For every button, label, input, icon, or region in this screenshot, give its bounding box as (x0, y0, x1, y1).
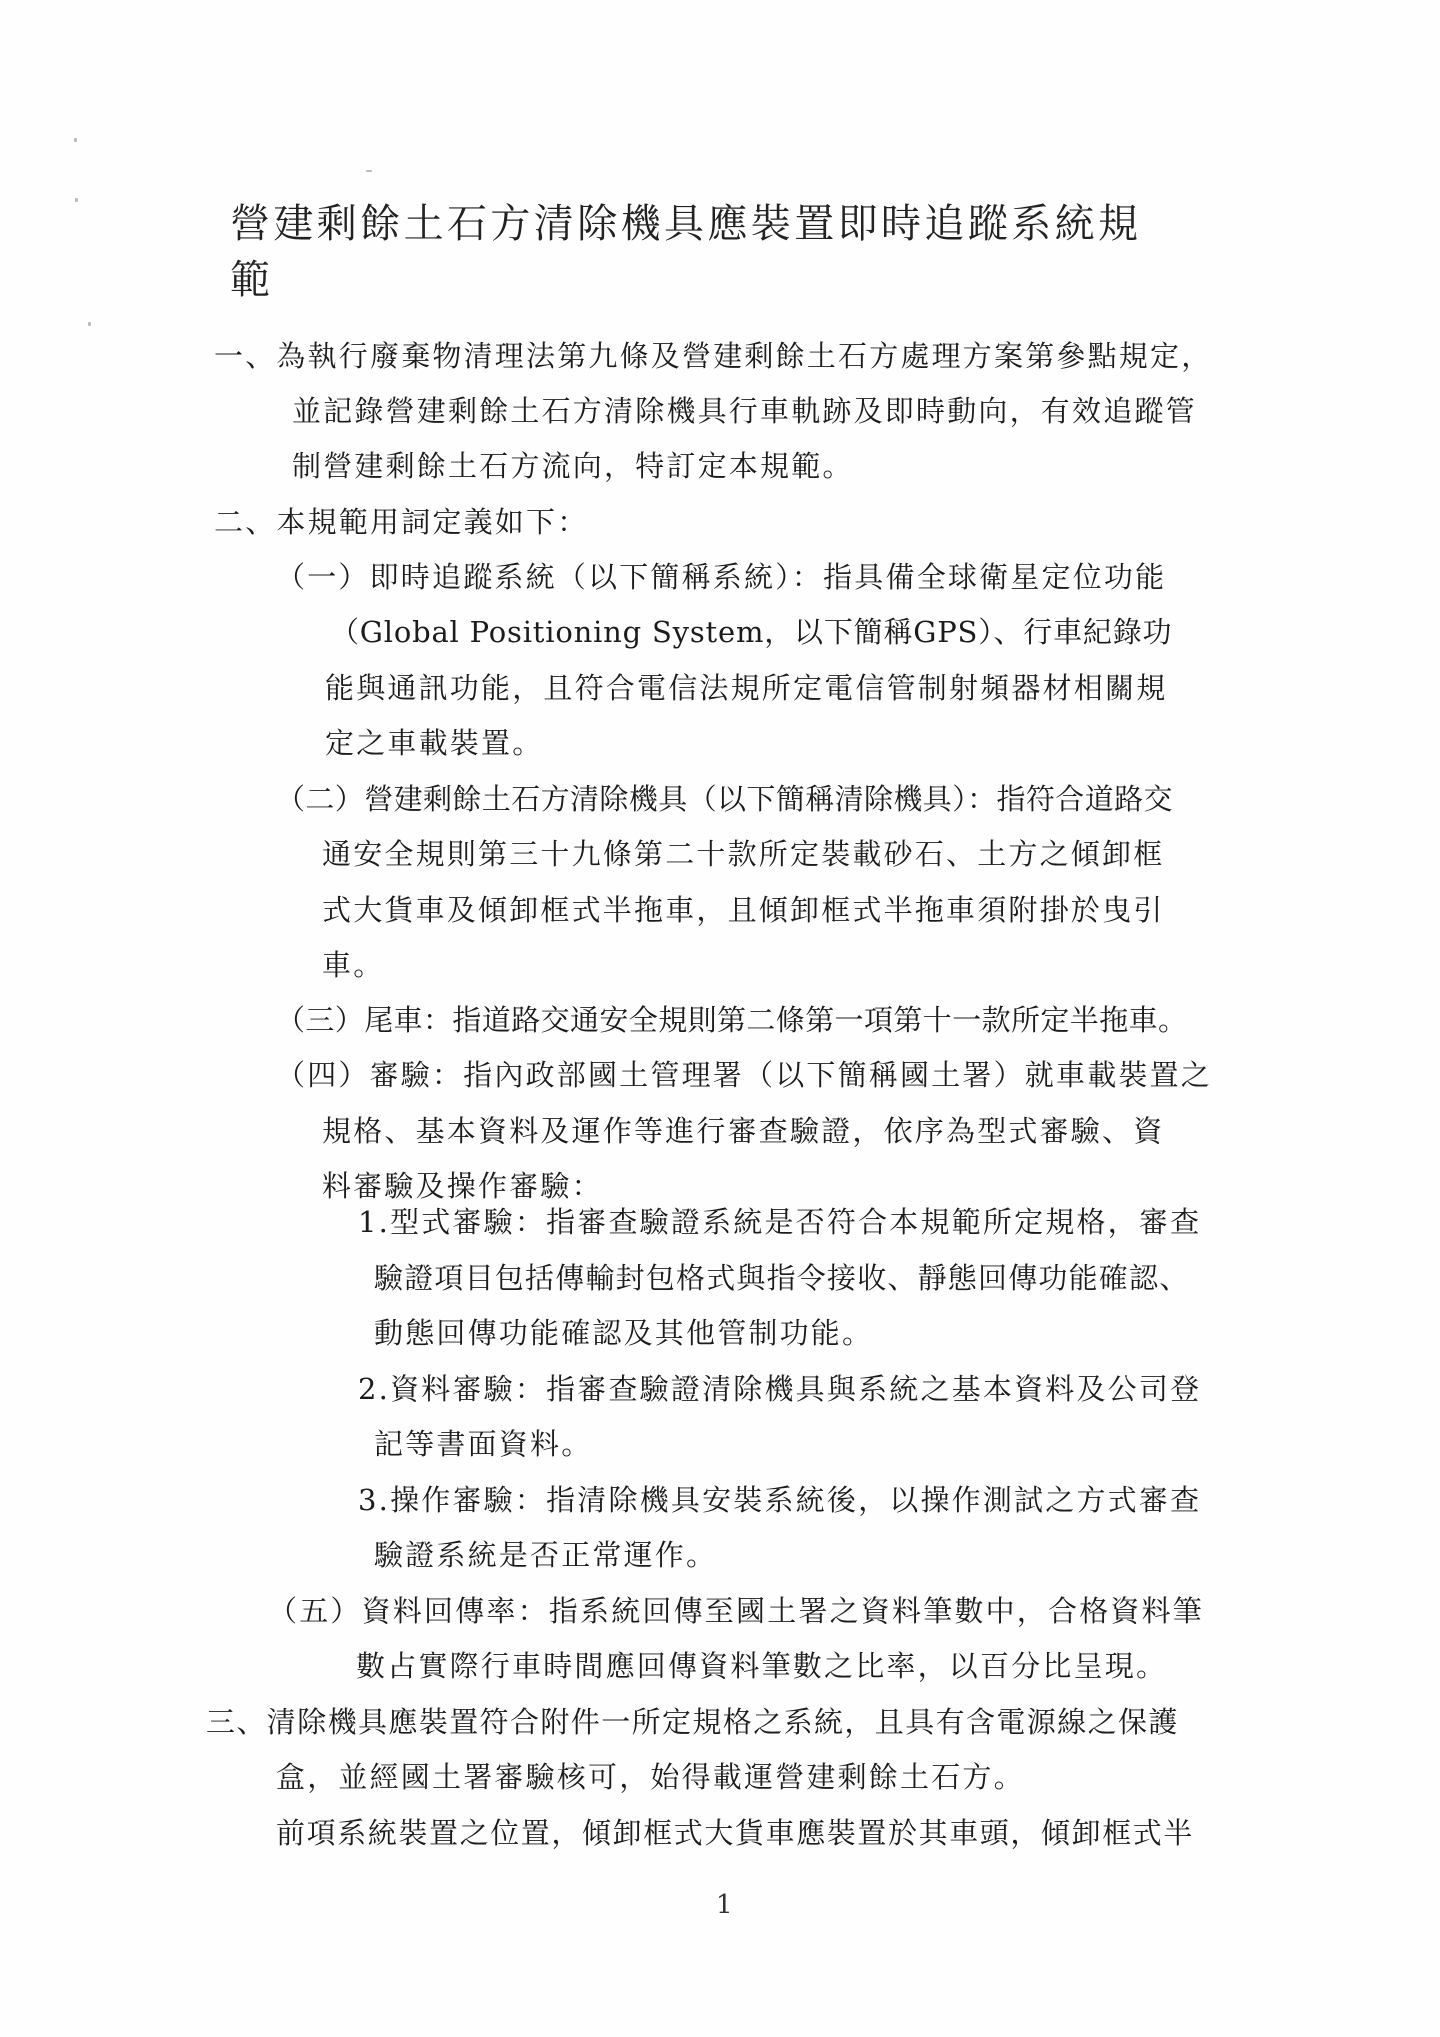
document-title: 營建剩餘土石方清除機具應裝置即時追蹤系統規 範 (230, 196, 1270, 308)
title-line-1: 營建剩餘土石方清除機具應裝置即時追蹤系統規 (230, 201, 1141, 247)
sub-1-line-2: 驗證項目包括傳輸封包格式與指令接收、靜態回傳功能確認、 (374, 1258, 1189, 1298)
def-1-line-4: 定之車載裝置。 (325, 723, 543, 763)
scan-speck (366, 170, 372, 172)
def-3-line-1: （三）尾車：指道路交通安全規則第二條第一項第十一款所定半拖車。 (276, 1000, 1187, 1040)
article-1-line-3: 制營建剩餘土石方流向，特訂定本規範。 (292, 446, 854, 486)
sub-1-line-1: 1.型式審驗：指審查驗證系統是否符合本規範所定規格，審查 (358, 1202, 1201, 1242)
article-1-line-2: 並記錄營建剩餘土石方清除機具行車軌跡及即時動向，有效追蹤管 (292, 391, 1197, 431)
sub-2-line-2: 記等書面資料。 (374, 1424, 592, 1464)
scan-speck (74, 138, 77, 142)
def-5-line-2: 數占實際行車時間應回傳資料筆數之比率，以百分比呈現。 (356, 1646, 1167, 1686)
article-3-line-3: 前項系統裝置之位置，傾卸框式大貨車應裝置於其車頭，傾卸框式半 (276, 1813, 1194, 1853)
title-line-2: 範 (230, 257, 273, 303)
document-page: 營建剩餘土石方清除機具應裝置即時追蹤系統規 範 一、為執行廢棄物清理法第九條及營… (0, 0, 1440, 2037)
def-4-line-3: 料審驗及操作審驗： (322, 1166, 603, 1206)
sub-1-line-3: 動態回傳功能確認及其他管制功能。 (374, 1313, 873, 1353)
article-2-heading: 二、本規範用詞定義如下： (214, 502, 588, 542)
scan-speck (88, 322, 91, 326)
def-2-line-3: 式大貨車及傾卸框式半拖車，且傾卸框式半拖車須附掛於曳引 (322, 890, 1164, 930)
article-3-line-1: 三、清除機具應裝置符合附件一所定規格之系統，且具有含電源線之保護 (206, 1702, 1179, 1742)
sub-3-line-2: 驗證系統是否正常運作。 (374, 1535, 717, 1575)
page-number: 1 (716, 1890, 733, 1920)
def-2-line-1: （二）營建剩餘土石方清除機具（以下簡稱清除機具）：指符合道路交 (276, 779, 1173, 819)
sub-3-line-1: 3.操作審驗：指清除機具安裝系統後，以操作測試之方式審查 (358, 1480, 1201, 1520)
article-3-line-2: 盒，並經國土署審驗核可，始得載運營建剩餘土石方。 (276, 1757, 1025, 1797)
scan-speck (75, 198, 78, 202)
def-4-line-1: （四）審驗：指內政部國土管理署（以下簡稱國土署）就車載裝置之 (276, 1055, 1212, 1095)
sub-2-line-1: 2.資料審驗：指審查驗證清除機具與系統之基本資料及公司登 (358, 1369, 1201, 1409)
def-2-line-4: 車。 (322, 945, 384, 985)
def-1-line-1: （一）即時追蹤系統（以下簡稱系統）：指具備全球衛星定位功能 (276, 557, 1166, 597)
def-5-line-1: （五）資料回傳率：指系統回傳至國土署之資料筆數中，合格資料筆 (268, 1591, 1204, 1631)
def-1-line-2: （Global Positioning System，以下簡稱GPS）、行車紀錄… (330, 612, 1172, 652)
def-1-line-3: 能與通訊功能，且符合電信法規所定電信管制射頻器材相關規 (325, 668, 1167, 708)
def-4-line-2: 規格、基本資料及運作等進行審查驗證，依序為型式審驗、資 (322, 1111, 1164, 1151)
article-1-line-1: 一、為執行廢棄物清理法第九條及營建剩餘土石方處理方案第參點規定， (214, 336, 1212, 376)
def-2-line-2: 通安全規則第三十九條第二十款所定裝載砂石、土方之傾卸框 (322, 834, 1164, 874)
